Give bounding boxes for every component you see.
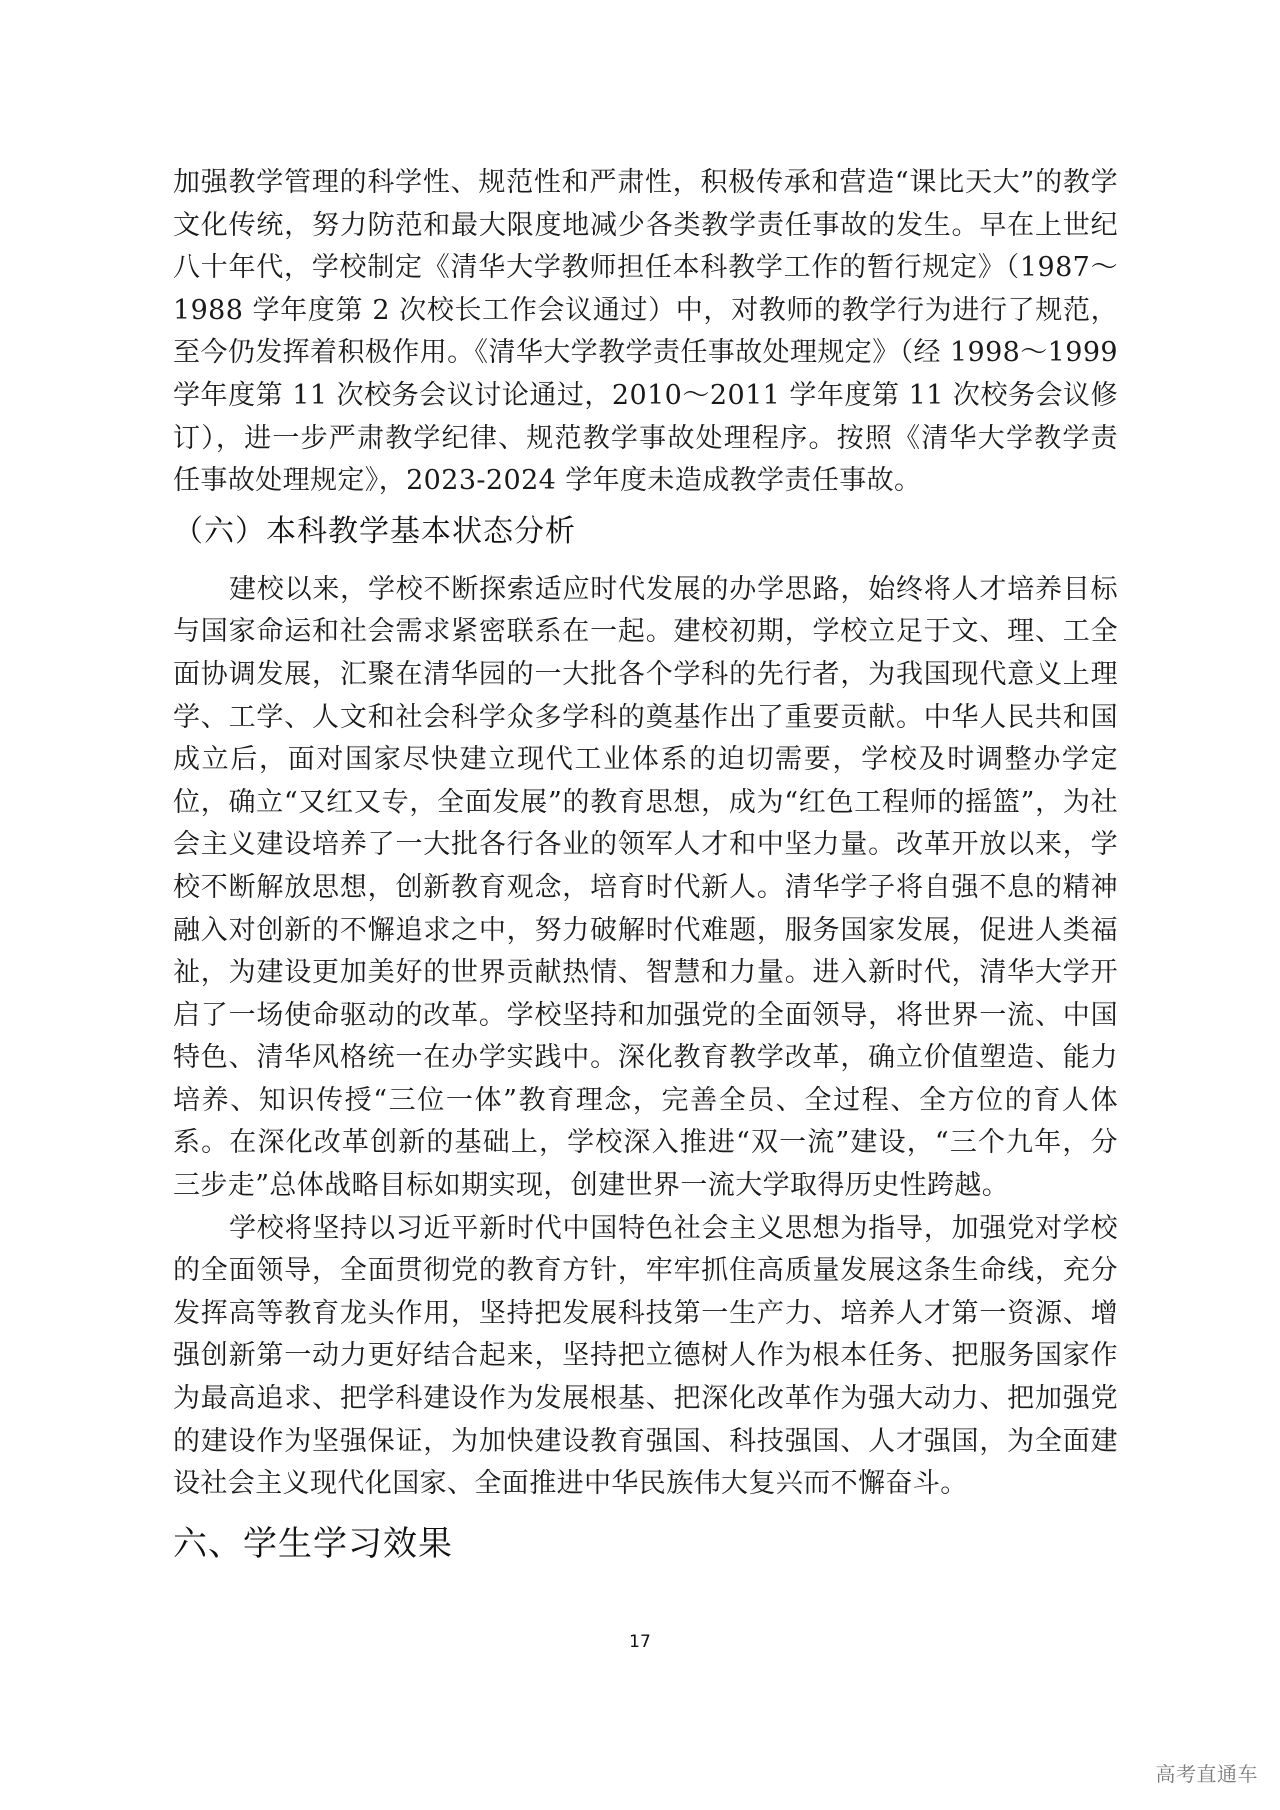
page-number: 17: [0, 1632, 1280, 1652]
body-paragraph-history: 建校以来，学校不断探索适应时代发展的办学思路，始终将人才培养目标与国家命运和社会…: [173, 569, 1118, 1208]
body-paragraph-teaching-management: 加强教学管理的科学性、规范性和严肃性，积极传承和营造“课比天大”的教学文化传统，…: [173, 162, 1118, 503]
section-heading-undergraduate-status: （六）本科教学基本状态分析: [173, 505, 1118, 559]
document-page: 加强教学管理的科学性、规范性和严肃性，积极传承和营造“课比天大”的教学文化传统，…: [173, 162, 1118, 1574]
body-paragraph-future: 学校将坚持以习近平新时代中国特色社会主义思想为指导，加强党对学校的全面领导，全面…: [173, 1208, 1118, 1506]
watermark-text: 高考直通车: [1156, 1758, 1259, 1787]
chapter-heading-learning-outcomes: 六、学生学习效果: [173, 1514, 1118, 1574]
